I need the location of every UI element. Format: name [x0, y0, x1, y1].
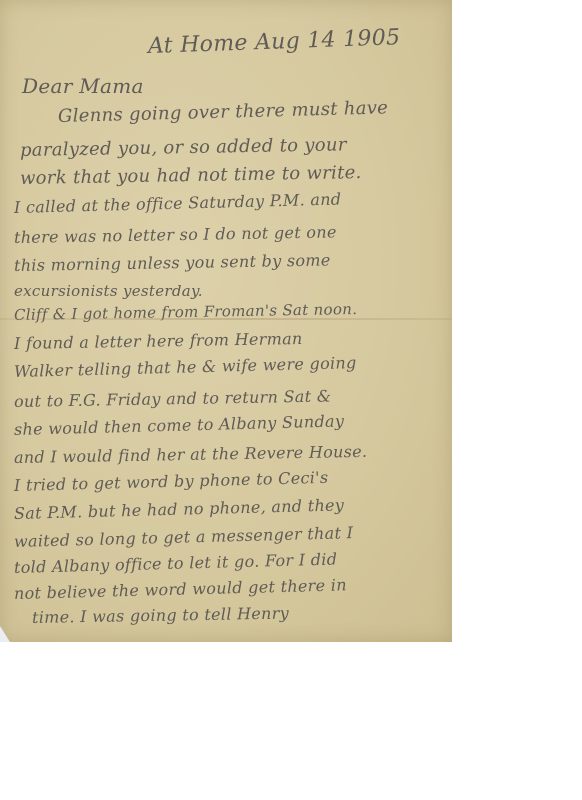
letter-line: I found a letter here from Herman: [14, 329, 303, 353]
letter-heading: At Home Aug 14 1905: [148, 25, 401, 59]
letter-line: paralyzed you, or so added to your: [20, 134, 347, 161]
torn-corner: [0, 626, 10, 642]
letter-line: not believe the word would get there in: [14, 575, 347, 603]
letter-line: Cliff & I got home from Froman's Sat noo…: [14, 300, 358, 324]
letter-line: and I would find her at the Revere House…: [14, 442, 368, 467]
letter-line: Glenns going over there must have: [58, 97, 389, 127]
letter-line: this morning unless you sent by some: [14, 250, 331, 275]
letter-line: Walker telling that he & wife were going: [14, 353, 357, 381]
letter-line: excursionists yesterday.: [14, 282, 203, 300]
letter-salutation: Dear Mama: [22, 74, 144, 98]
letter-page: At Home Aug 14 1905 Dear Mama Glenns goi…: [0, 0, 452, 642]
letter-line: time. I was going to tell Henry: [32, 604, 289, 627]
letter-line: Sat P.M. but he had no phone, and they: [14, 495, 345, 523]
letter-line: I called at the office Saturday P.M. and: [14, 189, 342, 217]
letter-line: waited so long to get a messenger that I: [14, 523, 354, 551]
letter-line: there was no letter so I do not get one: [14, 222, 337, 247]
letter-line: out to F.G. Friday and to return Sat &: [14, 386, 332, 411]
letter-line: she would then come to Albany Sunday: [14, 411, 345, 439]
letter-line: told Albany office to let it go. For I d…: [14, 550, 338, 577]
letter-line: work that you had not time to write.: [20, 162, 362, 189]
letter-line: I tried to get word by phone to Ceci's: [14, 468, 329, 495]
